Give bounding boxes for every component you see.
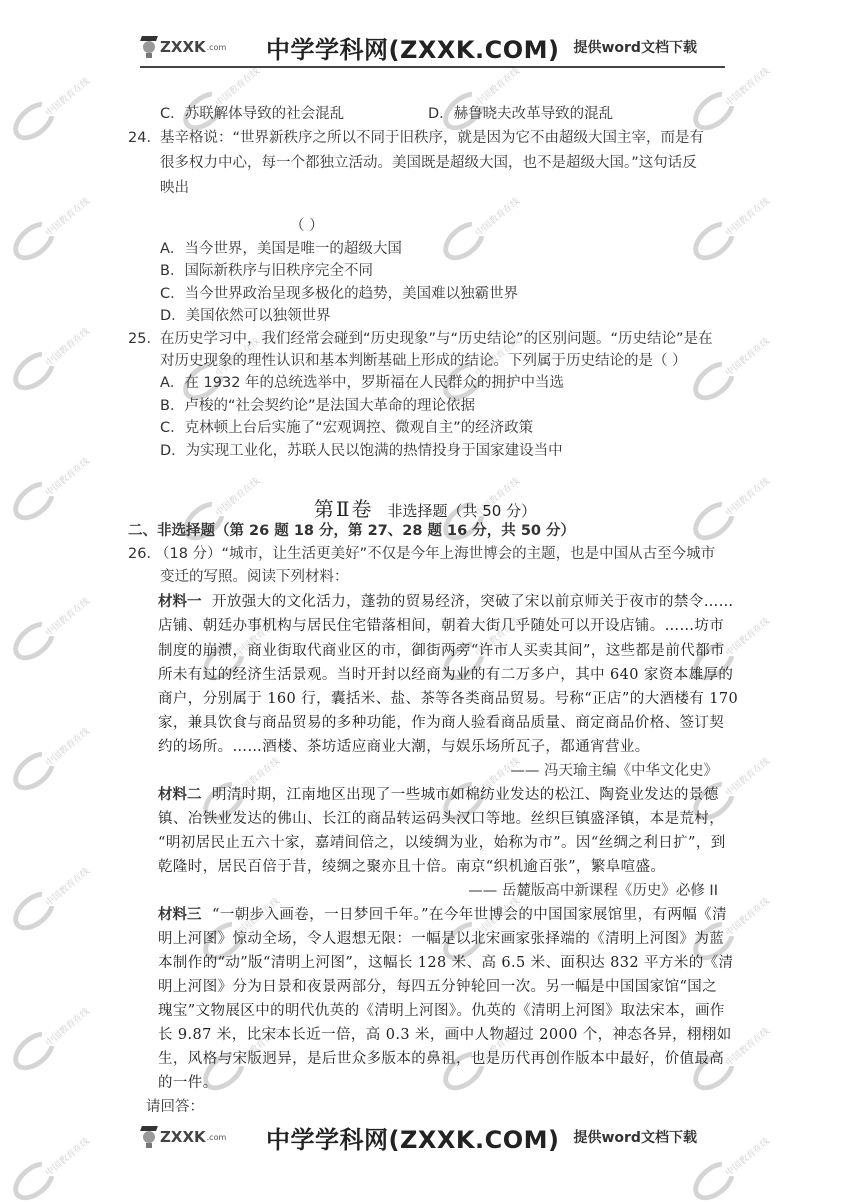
material2-label: 材料二 [158, 784, 202, 806]
q24-option-c: C．当今世界政治呈现多极化的趋势，美国难以独霸世界 [160, 283, 518, 305]
q24-answer-blank: （ ） [290, 215, 324, 237]
mascot-icon [140, 36, 158, 58]
site-title: 中学学科网(ZXXK.COM) [266, 30, 559, 65]
material1-line: 所未有过的经济生活景观。当时开封以经商为业的有二万多户，其中 640 家资本雄厚… [158, 664, 733, 686]
eol-watermark-icon: 中国教育在线 [10, 330, 100, 390]
q26-stem-line1: （18 分）“城市，让生活更美好”不仅是今年上海世博会的主题，也是中国从古至今城… [155, 543, 715, 565]
page-footer: ZXXK.com 中学学科网(ZXXK.COM) 提供word文档下载 [140, 1118, 725, 1156]
q23-option-c: C．苏联解体导致的社会混乱 [160, 103, 344, 125]
material2-line: 镇、冶铁业发达的佛山、长江的商品转运码头汉口等地。丝织巨镇盛泽镇，本是荒村， [158, 808, 724, 830]
section-subtitle: 非选择题（共 50 分） [387, 502, 536, 520]
site-subtitle: 提供word文档下载 [573, 1127, 696, 1147]
material3-line: “一朝步入画卷，一日梦回千年。”在今年世博会的中国国家展馆里，有两幅《清 [212, 904, 727, 926]
header-divider [140, 66, 725, 68]
eol-watermark-icon: 中国教育在线 [10, 80, 100, 140]
material1-line: 开放强大的文化活力，蓬勃的贸易经济，突破了宋以前京师关于夜市的禁令…… [212, 591, 734, 613]
q25-option-c: C．克林顿上台后实施了“宏观调控、微观自主”的经济政策 [160, 417, 533, 439]
eol-watermark-icon: 中国教育在线 [440, 200, 530, 260]
section-volume-label: 第Ⅱ卷 [314, 497, 374, 521]
material2-line: “明初居民止五六十家，嘉靖间倍之，以绫绸为业，始称为市”。因“丝绸之利日扩”，到 [158, 832, 726, 854]
eol-watermark-icon: 中国教育在线 [10, 870, 100, 930]
material3-line: 生，风格与宋版迥异，是后世众多版本的鼻祖，也是历代再创作版本中最好，价值最高 [158, 1048, 724, 1070]
material1-line: 店铺、朝廷办事机构与居民住宅错落相间，朝着大街几乎随处可以开设店铺。……坊市 [158, 615, 724, 637]
zxxk-logo: ZXXK.com [140, 36, 250, 58]
q24-stem-line3: 映出 [160, 177, 189, 199]
material1-source: —— 冯天瑜主编《中华文化史》 [400, 760, 718, 782]
section-title: 第Ⅱ卷非选择题（共 50 分） [0, 493, 850, 522]
site-title: 中学学科网(ZXXK.COM) [266, 1120, 559, 1155]
material1-line: 约的场所。……酒楼、茶坊适应商业大潮，与娱乐场所瓦子，都通宵营业。 [158, 736, 650, 758]
material2-line: 乾隆时，居民百倍于昔，绫绸之聚亦且十倍。南京“织机逾百张”，繁阜喧盛。 [158, 856, 665, 878]
eol-watermark-icon: 中国教育在线 [690, 70, 780, 130]
q25-stem-line2: 对历史现象的理性认识和基本判断基础上形成的结论。下列属于历史结论的是（ ） [160, 350, 687, 372]
q24-stem-line1: 基辛格说：“世界新秩序之所以不同于旧秩序，就是因为它不由超级大国主宰，而是有 [160, 127, 704, 149]
q24-option-b: B．国际新秩序与旧秩序完全不同 [160, 260, 373, 282]
q24-stem-line2: 很多权力中心，每一个都独立活动。美国既是超级大国，也不是超级大国。”这句话反 [160, 152, 697, 174]
eol-watermark-icon: 中国教育在线 [10, 600, 100, 660]
material1-line: 家，兼具饮食与商品贸易的多种功能，作为商人验看商品质量、商定商品价格、签订契 [158, 712, 724, 734]
eol-watermark-icon: 中国教育在线 [10, 730, 100, 790]
eol-watermark-icon: 中国教育在线 [10, 1010, 100, 1070]
mascot-icon [140, 1126, 158, 1148]
q26-prompt: 请回答： [146, 1096, 204, 1118]
material2-line: 明清时期，江南地区出现了一些城市如棉纺业发达的松江、陶瓷业发达的景德 [212, 784, 719, 806]
material1-line: 制度的崩溃，商业街取代商业区的市，御街两旁“许市人买卖其间”，这些都是前代都市 [158, 640, 725, 662]
q25-option-d: D．为实现工业化，苏联人民以饱满的热情投身于国家建设当中 [160, 440, 563, 462]
q25-option-a: A．在 1932 年的总统选举中，罗斯福在人民群众的拥护中当选 [160, 372, 564, 394]
material3-label: 材料三 [158, 904, 202, 926]
q25-stem-line1: 在历史学习中，我们经常会碰到“历史现象”与“历史结论”的区别问题。“历史结论”是… [160, 328, 713, 350]
material3-line: 明上河图》分为日景和夜景两部分，每四五分钟轮回一次。另一幅是中国国家馆“国之 [158, 976, 717, 998]
material2-source: —— 岳麓版高中新课程《历史》必修 II [400, 880, 718, 902]
material3-line: 瑰宝”文物展区中的明代仇英的《清明上河图》。仇英的《清明上河图》取法宋本，画作 [158, 1000, 725, 1022]
brand-logo-suffix: .com [207, 1133, 227, 1142]
q23-option-d: D．赫鲁晓夫改革导致的混乱 [428, 103, 613, 125]
q24-option-a: A．当今世界，美国是唯一的超级大国 [160, 238, 402, 260]
material3-line: 的一件。 [158, 1072, 218, 1094]
eol-watermark-icon: 中国教育在线 [690, 200, 780, 260]
page-header: ZXXK.com 中学学科网(ZXXK.COM) 提供word文档下载 [140, 28, 725, 66]
brand-logo-suffix: .com [207, 43, 227, 52]
q26-stem-line2: 变迁的写照。阅读下列材料： [160, 566, 349, 588]
q24-number: 24． [128, 127, 161, 149]
material1-label: 材料一 [158, 591, 202, 613]
brand-logo-text: ZXXK [160, 38, 206, 56]
site-subtitle: 提供word文档下载 [573, 37, 696, 57]
eol-watermark-icon: 中国教育在线 [10, 1140, 100, 1200]
q25-option-b: B．卢梭的“社会契约论”是法国大革命的理论依据 [160, 395, 475, 417]
brand-logo-text: ZXXK [160, 1128, 206, 1146]
eol-watermark-icon: 中国教育在线 [10, 200, 100, 260]
zxxk-logo: ZXXK.com [140, 1126, 250, 1148]
q24-option-d: D．美国依然可以独领世界 [160, 305, 331, 327]
material1-line: 商户，分别属于 160 行，囊括米、盐、茶等各类商品贸易。号称“正店”的大酒楼有… [158, 688, 738, 710]
material3-line: 本制作的“动”版“清明上河图”，这幅长 128 米、高 6.5 米、面积达 83… [158, 952, 733, 974]
section-heading: 二、非选择题（第 26 题 18 分，第 27、28 题 16 分，共 50 分… [128, 520, 575, 542]
material3-line: 长 9.87 米，比宋本长近一倍，高 0.3 米，画中人物超过 2000 个，神… [158, 1024, 732, 1046]
material3-line: 明上河图》惊动全场，令人遐想无限：一幅是以北宋画家张择端的《清明上河图》为蓝 [158, 928, 724, 950]
q25-number: 25． [128, 328, 161, 350]
